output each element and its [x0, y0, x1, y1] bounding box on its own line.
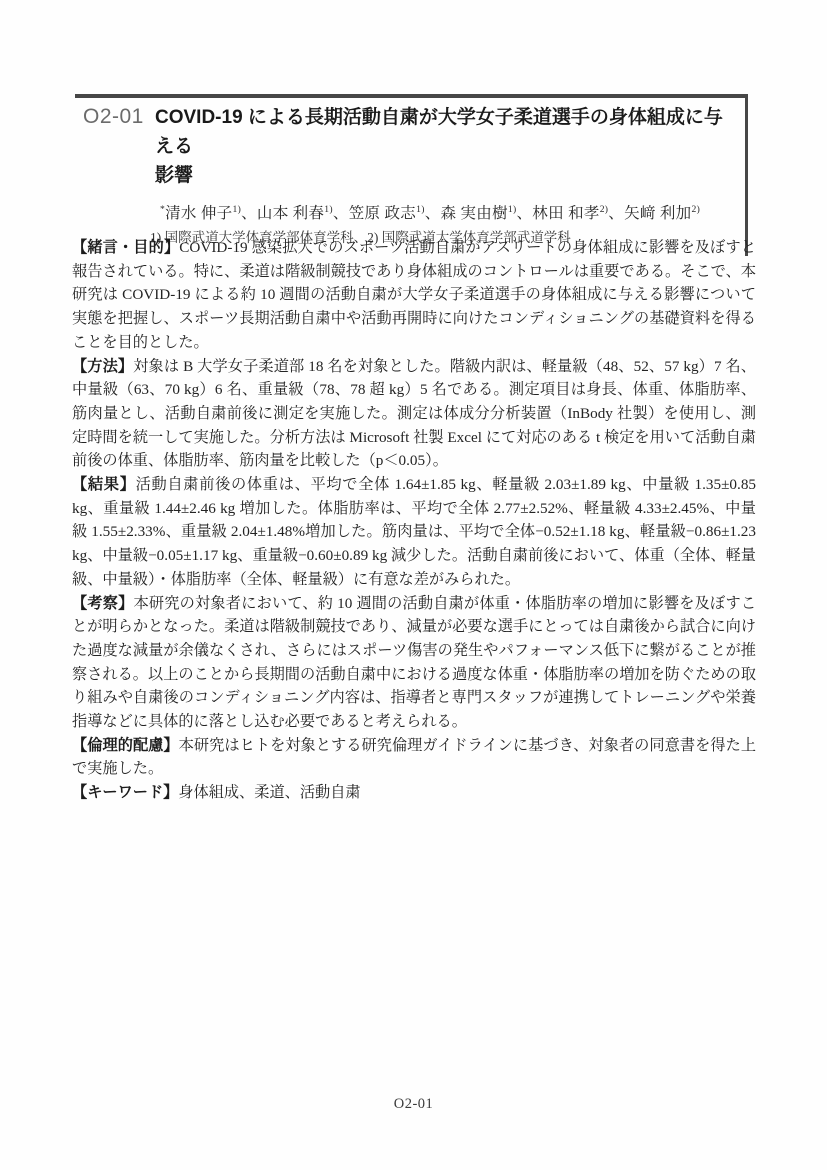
abstract-body: 【緒言・目的】COVID-19 感染拡大でのスポーツ活動自粛がアスリートの身体組… — [72, 236, 756, 805]
section-discussion: 【考察】本研究の対象者において、約 10 週間の活動自粛が体重・体脂肪率の増加に… — [72, 592, 756, 734]
author-affil-mark: 1) — [324, 204, 333, 215]
author-affil-mark: 1) — [233, 204, 242, 215]
section-results: 【結果】活動自粛前後の体重は、平均で全体 1.64±1.85 kg、軽量級 2.… — [72, 473, 756, 592]
section-text-discussion: 本研究の対象者において、約 10 週間の活動自粛が体重・体脂肪率の増加に影響を及… — [72, 595, 756, 731]
section-label-introduction: 【緒言・目的】 — [72, 239, 179, 256]
author-separator: 、 — [516, 205, 532, 222]
author-name: 山本 利春 — [257, 205, 324, 222]
section-text-methods: 対象は B 大学女子柔道部 18 名を対象とした。階級内訳は、軽量級（48、52… — [72, 358, 756, 470]
author: 笠原 政志1) — [349, 205, 425, 222]
section-introduction: 【緒言・目的】COVID-19 感染拡大でのスポーツ活動自粛がアスリートの身体組… — [72, 236, 756, 355]
section-text-keywords: 身体組成、柔道、活動自粛 — [178, 784, 360, 801]
author-separator: 、 — [241, 205, 257, 222]
section-label-keywords: 【キーワード】 — [72, 784, 178, 801]
paper-title-line2: 影響 — [155, 161, 735, 190]
paper-title-line1: COVID-19 による長期活動自粛が大学女子柔道選手の身体組成に与える — [155, 103, 735, 161]
section-text-results: 活動自粛前後の体重は、平均で全体 1.64±1.85 kg、軽量級 2.03±1… — [72, 476, 756, 588]
author: 森 実由樹1) — [441, 205, 517, 222]
section-ethics: 【倫理的配慮】本研究はヒトを対象とする研究倫理ガイドラインに基づき、対象者の同意… — [72, 734, 756, 781]
section-label-ethics: 【倫理的配慮】 — [72, 737, 179, 754]
author-affil-mark: 1) — [416, 204, 425, 215]
author-list: *清水 伸子1)、山本 利春1)、笠原 政志1)、森 実由樹1)、林田 和孝2)… — [160, 201, 735, 223]
author-name: 森 実由樹 — [441, 205, 508, 222]
author: 矢﨑 利加2) — [624, 205, 700, 222]
section-keywords: 【キーワード】身体組成、柔道、活動自粛 — [72, 781, 756, 805]
title-block: O2-01 COVID-19 による長期活動自粛が大学女子柔道選手の身体組成に与… — [75, 94, 748, 256]
author: *清水 伸子1) — [160, 205, 241, 222]
author-affil-mark: 2) — [600, 204, 609, 215]
author-affil-mark: 2) — [691, 204, 700, 215]
author: 林田 和孝2) — [532, 205, 608, 222]
session-code: O2-01 — [83, 103, 155, 129]
author-name: 笠原 政志 — [349, 205, 416, 222]
section-label-methods: 【方法】 — [72, 358, 133, 375]
author-name: 清水 伸子 — [165, 205, 232, 222]
author-name: 矢﨑 利加 — [624, 205, 691, 222]
section-label-results: 【結果】 — [72, 476, 136, 493]
author-separator: 、 — [333, 205, 349, 222]
author: 山本 利春1) — [257, 205, 333, 222]
page-footer-code: O2-01 — [0, 1096, 827, 1113]
author-name: 林田 和孝 — [532, 205, 599, 222]
section-methods: 【方法】対象は B 大学女子柔道部 18 名を対象とした。階級内訳は、軽量級（4… — [72, 355, 756, 474]
paper-title: COVID-19 による長期活動自粛が大学女子柔道選手の身体組成に与える 影響 — [155, 103, 735, 190]
author-separator: 、 — [425, 205, 441, 222]
title-row: O2-01 COVID-19 による長期活動自粛が大学女子柔道選手の身体組成に与… — [83, 103, 735, 190]
abstract-page: O2-01 COVID-19 による長期活動自粛が大学女子柔道選手の身体組成に与… — [0, 0, 827, 1170]
author-separator: 、 — [608, 205, 624, 222]
section-label-discussion: 【考察】 — [72, 595, 134, 612]
